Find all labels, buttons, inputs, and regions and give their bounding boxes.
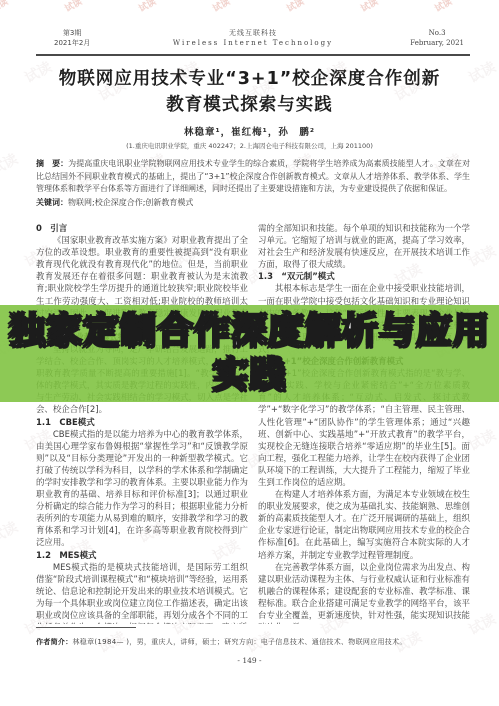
- paper-title-line1: 物联网应用技术专业“3+1”校企深度合作创新: [20, 66, 479, 92]
- author-bio-label: 作者简介：: [36, 638, 73, 646]
- footnote-divider: [36, 627, 136, 628]
- section-heading: 1.1 CBE模式: [36, 416, 248, 428]
- author-bio-line: 作者简介：林稳章(1984— )，男，重庆人，讲师，硕士；研究方向：电子信息技术…: [36, 637, 470, 647]
- left-column: 0 引言《国家职业教育改革实施方案》对职业教育提出了全方位的改革设想。职业教育的…: [36, 222, 248, 624]
- trial-read-stamp: 试读: [465, 241, 499, 272]
- journal-name: 无线互联科技 Wireless Internet Technology: [36, 28, 470, 48]
- trial-read-stamp: 试读: [136, 0, 158, 14]
- right-column: 需的全部知识和技能。每个单项的知识和技能称为一个学习单元。它缩短了培训与就业的距…: [258, 222, 470, 624]
- keywords-text: 物联网;校企深度合作;创新教育模式: [68, 198, 193, 207]
- trial-read-stamp: 试读: [284, 0, 306, 14]
- body-paragraph: 在完善教学体系方面，以企业岗位需求为出发点、构建以职业活动课程为主体、与行业权威…: [258, 561, 470, 624]
- authors-line: 林稳章¹，崔红梅¹，孙 鹏²: [0, 124, 499, 138]
- keywords-label: 关键词：: [36, 198, 68, 207]
- trial-read-stamp: 试读: [0, 149, 21, 180]
- trial-read-stamp: 试读: [358, 0, 380, 14]
- trial-read-stamp: 试读: [432, 0, 454, 14]
- page-number: - 149 -: [0, 656, 499, 665]
- journal-header: 第3期 2021年2月 无线互联科技 Wireless Internet Tec…: [36, 28, 470, 56]
- abstract-block: 摘 要：为提高重庆电讯职业学院物联网应用技术专业学生的综合素质，学院将学生培养成…: [36, 158, 470, 209]
- issue-date-en: February, 2021: [410, 38, 464, 48]
- trial-read-stamp: 试读: [0, 517, 21, 548]
- trial-read-stamp: 试读: [62, 0, 84, 14]
- body-paragraph: 在构建人才培养体系方面，为满足本专业领域在校生的职业发展要求，使之成为基础扎实、…: [258, 488, 470, 561]
- journal-name-en: Wireless Internet Technology: [36, 38, 470, 48]
- trial-read-stamp: 试读: [465, 425, 499, 456]
- journal-issue-en: No.3 February, 2021: [410, 28, 464, 48]
- abstract-text: 为提高重庆电讯职业学院物联网应用技术专业学生的综合素质，学院将学生培养成为高素质…: [36, 159, 470, 193]
- scanned-paper-page: 试读试读试读试读试读试读试读试读试读试读试读试读试读试读试读试读试读试读试读试读…: [0, 0, 499, 706]
- abstract-paragraph: 摘 要：为提高重庆电讯职业学院物联网应用技术专业学生的综合素质，学院将学生培养成…: [36, 158, 470, 196]
- paper-title: 物联网应用技术专业“3+1”校企深度合作创新 教育模式探索与实践: [20, 66, 479, 118]
- promo-overlay-text-line2: 实践: [212, 354, 286, 398]
- body-paragraph: CBE模式指的是以能力培养为中心的教育教学体系，由美国心理学家布鲁姆根据“掌握性…: [36, 428, 248, 549]
- journal-name-cn: 无线互联科技: [36, 28, 470, 38]
- section-heading: 0 引言: [36, 222, 248, 234]
- section-heading: 1.2 MES模式: [36, 549, 248, 561]
- issue-number-en: No.3: [410, 28, 464, 38]
- abstract-label: 摘 要：: [36, 159, 68, 168]
- promo-overlay-band: 独家定制合作深度解析与应用 实践: [0, 305, 499, 402]
- body-paragraph: 需的全部知识和技能。每个单项的知识和技能称为一个学习单元。它缩短了培训与就业的距…: [258, 222, 470, 270]
- trial-read-stamp: 试读: [0, 0, 10, 14]
- section-heading: 1.3 “双元制”模式: [258, 270, 470, 282]
- author-bio-text: 林稳章(1984— )，男，重庆人，讲师，硕士；研究方向：电子信息技术、通信技术…: [73, 638, 407, 646]
- affiliation-line: (1.重庆电讯职业学院，重庆 402247；2.上海因仑电子科技有限公司，上海 …: [0, 141, 499, 150]
- trial-read-stamp: 试读: [210, 0, 232, 14]
- paper-title-line2: 教育模式探索与实践: [20, 92, 479, 118]
- promo-overlay-text-line1: 独家定制合作深度解析与应用: [9, 310, 490, 354]
- keywords-line: 关键词：物联网;校企深度合作;创新教育模式: [36, 197, 470, 210]
- trial-read-stamp: 试读: [465, 609, 499, 640]
- body-paragraph: MES模式指的是模块式技能培训，是国际劳工组织借鉴“阶段式培训课程模式”和“模块…: [36, 561, 248, 624]
